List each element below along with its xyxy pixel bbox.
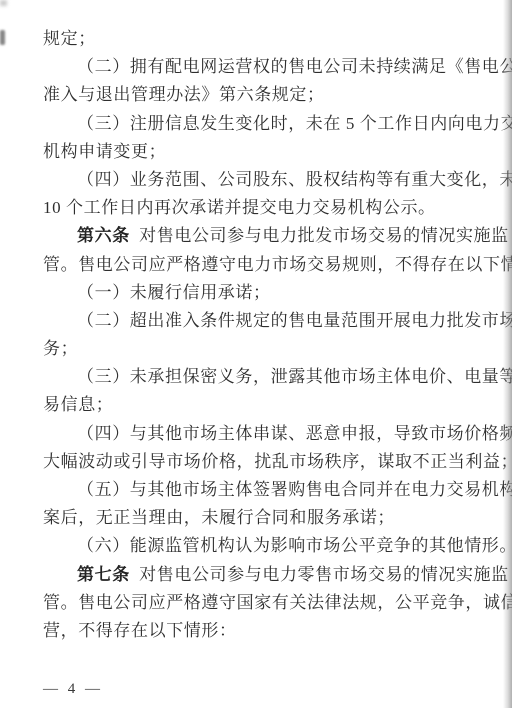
article-heading: 第七条 — [77, 565, 130, 584]
text-line: 第六条对售电公司参与电力批发市场交易的情况实施监 — [43, 222, 472, 250]
text-line: 营，不得存在以下情形： — [43, 617, 472, 645]
line-text: 营，不得存在以下情形： — [43, 621, 237, 640]
text-line: 10 个工作日内再次承诺并提交电力交易机构公示。 — [43, 194, 472, 222]
scan-left-smudge — [0, 30, 5, 45]
line-text: （二）拥有配电网运营权的售电公司未持续满足《售电公司 — [77, 57, 512, 76]
line-text: （四）业务范围、公司股东、股权结构等有重大变化，未在 — [77, 170, 512, 189]
text-line: （三）注册信息发生变化时，未在 5 个工作日内向电力交易 — [43, 110, 472, 138]
text-line: 准入与退出管理办法》第六条规定； — [43, 81, 472, 109]
text-line: （二）超出准入条件规定的售电量范围开展电力批发市场业 — [43, 307, 472, 335]
text-line: 易信息； — [43, 391, 472, 419]
line-text: 对售电公司参与电力批发市场交易的情况实施监 — [139, 226, 509, 245]
article-heading: 第六条 — [77, 226, 130, 245]
line-text: （二）超出准入条件规定的售电量范围开展电力批发市场业 — [77, 311, 512, 330]
line-text: 易信息； — [43, 395, 113, 414]
line-text: （三）注册信息发生变化时，未在 5 个工作日内向电力交易 — [77, 114, 512, 133]
text-line: （三）未承担保密义务，泄露其他市场主体电价、电量等交 — [43, 363, 472, 391]
text-line: 规定； — [43, 25, 472, 53]
text-line: 管。售电公司应严格遵守电力市场交易规则，不得存在以下情形： — [43, 251, 472, 279]
text-line: （五）与其他市场主体签署购售电合同并在电力交易机构备 — [43, 476, 472, 504]
text-line: 第七条对售电公司参与电力零售市场交易的情况实施监 — [43, 561, 472, 589]
line-text: 准入与退出管理办法》第六条规定； — [43, 85, 325, 104]
text-line: 机构申请变更； — [43, 138, 472, 166]
line-text: （五）与其他市场主体签署购售电合同并在电力交易机构备 — [77, 480, 512, 499]
line-text: 管。售电公司应严格遵守电力市场交易规则，不得存在以下情形： — [43, 255, 512, 274]
line-text: （六）能源监管机构认为影响市场公平竞争的其他情形。 — [77, 536, 512, 555]
scan-corner-smudge — [0, 0, 7, 6]
line-text: 案后，无正当理由，未履行合同和服务承诺； — [43, 508, 395, 527]
text-line: （四）与其他市场主体串谋、恶意申报，导致市场价格频繁 — [43, 420, 472, 448]
line-text: 管。售电公司应严格遵守国家有关法律法规，公平竞争，诚信经 — [43, 593, 512, 612]
line-text: 规定； — [43, 29, 96, 48]
page-number: — 4 — — [43, 681, 103, 698]
text-line: （六）能源监管机构认为影响市场公平竞争的其他情形。 — [43, 532, 472, 560]
line-text: 机构申请变更； — [43, 142, 166, 161]
text-line: 务； — [43, 335, 472, 363]
text-line: （四）业务范围、公司股东、股权结构等有重大变化，未在 — [43, 166, 472, 194]
line-text: 大幅波动或引导市场价格，扰乱市场秩序，谋取不正当利益； — [43, 452, 512, 471]
line-text: 10 个工作日内再次承诺并提交电力交易机构公示。 — [43, 198, 436, 217]
text-line: 案后，无正当理由，未履行合同和服务承诺； — [43, 504, 472, 532]
line-text: （四）与其他市场主体串谋、恶意申报，导致市场价格频繁 — [77, 424, 512, 443]
text-line: 管。售电公司应严格遵守国家有关法律法规，公平竞争，诚信经 — [43, 589, 472, 617]
line-text: （一）未履行信用承诺； — [77, 283, 271, 302]
document-page: 规定；（二）拥有配电网运营权的售电公司未持续满足《售电公司准入与退出管理办法》第… — [0, 0, 512, 708]
document-body: 规定；（二）拥有配电网运营权的售电公司未持续满足《售电公司准入与退出管理办法》第… — [43, 25, 472, 645]
line-text: 务； — [43, 339, 78, 358]
line-text: （三）未承担保密义务，泄露其他市场主体电价、电量等交 — [77, 367, 512, 386]
text-line: 大幅波动或引导市场价格，扰乱市场秩序，谋取不正当利益； — [43, 448, 472, 476]
text-line: （二）拥有配电网运营权的售电公司未持续满足《售电公司 — [43, 53, 472, 81]
line-text: 对售电公司参与电力零售市场交易的情况实施监 — [139, 565, 509, 584]
text-line: （一）未履行信用承诺； — [43, 279, 472, 307]
